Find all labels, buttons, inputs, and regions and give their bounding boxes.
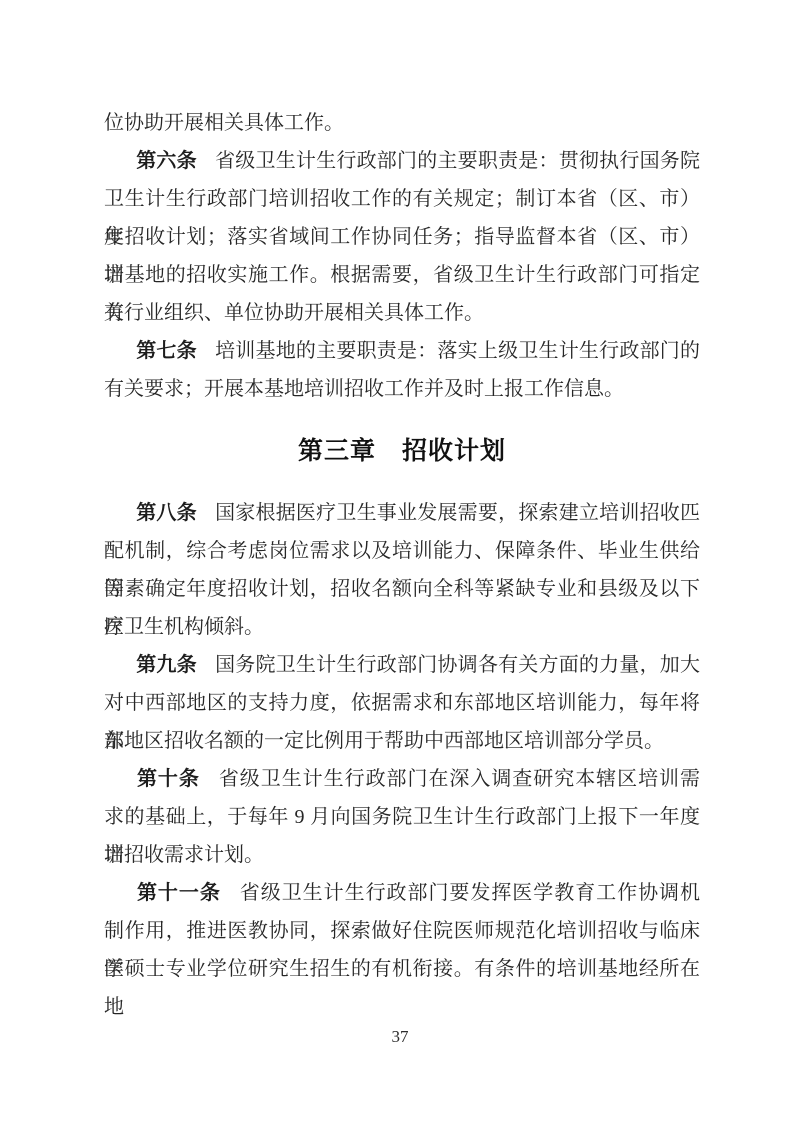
article-9-line: 第九条国务院卫生计生行政部门协调各有关方面的力量，加大 (104, 646, 700, 684)
article-11-line: 第十一条省级卫生计生行政部门要发挥医学教育工作协调机 (104, 874, 700, 912)
document-page: 位协助开展相关具体工作。 第六条省级卫生计生行政部门的主要职责是：贯彻执行国务院… (0, 0, 800, 1129)
article-10-number: 第十条 (136, 768, 200, 790)
article-9-line: 对中西部地区的支持力度，依据需求和东部地区培训能力，每年将东 (104, 684, 700, 722)
chapter-heading: 第三章 招收计划 (104, 431, 700, 471)
number-gap (197, 518, 215, 519)
article-8-line: 因素确定年度招收计划，招收名额向全科等紧缺专业和县级及以下医 (104, 570, 700, 608)
first-line-indent (104, 898, 136, 899)
article-10-line: 第十条省级卫生计生行政部门在深入调查研究本辖区培训需 (104, 760, 700, 798)
article-9-number: 第九条 (136, 654, 197, 676)
body-line: 省级卫生计生行政部门在深入调查研究本辖区培训需 (218, 768, 700, 790)
body-line: 关行业组织、单位协助开展相关具体工作。 (104, 302, 484, 324)
article-6-line: 关行业组织、单位协助开展相关具体工作。 (104, 294, 700, 332)
article-11-line: 制作用，推进医教协同，探索做好住院医师规范化培训招收与临床医 (104, 912, 700, 950)
number-gap (197, 356, 215, 357)
body-line: 位协助开展相关具体工作。 (104, 112, 344, 134)
article-7-number: 第七条 (136, 340, 197, 362)
body-line: 国务院卫生计生行政部门协调各有关方面的力量，加大 (215, 654, 700, 676)
article-8-number: 第八条 (136, 502, 197, 524)
article-8-line: 疗卫生机构倾斜。 (104, 608, 700, 646)
first-line-indent (104, 784, 136, 785)
article-10-line: 训招收需求计划。 (104, 836, 700, 874)
first-line-indent (104, 518, 136, 519)
body-line: 部地区招收名额的一定比例用于帮助中西部地区培训部分学员。 (104, 730, 664, 752)
first-line-indent (104, 670, 136, 671)
continuation-line: 位协助开展相关具体工作。 (104, 104, 700, 142)
first-line-indent (104, 166, 136, 167)
first-line-indent (104, 356, 136, 357)
article-6-line: 度招收计划；落实省域间工作协同任务；指导监督本省（区、市）培 (104, 218, 700, 256)
article-8-line: 配机制，综合考虑岗位需求以及培训能力、保障条件、毕业生供给等 (104, 532, 700, 570)
article-7-line: 有关要求；开展本基地培训招收工作并及时上报工作信息。 (104, 370, 700, 408)
body-line: 学硕士专业学位研究生招生的有机衔接。有条件的培训基地经所在地 (104, 958, 700, 1018)
body-line: 有关要求；开展本基地培训招收工作并及时上报工作信息。 (104, 378, 624, 400)
body-line: 国家根据医疗卫生事业发展需要，探索建立培训招收匹 (215, 502, 700, 524)
article-7-line: 第七条培训基地的主要职责是：落实上级卫生计生行政部门的 (104, 332, 700, 370)
number-gap (200, 784, 218, 785)
article-6-line: 训基地的招收实施工作。根据需要，省级卫生计生行政部门可指定有 (104, 256, 700, 294)
article-6-line: 卫生计生行政部门培训招收工作的有关规定；制订本省（区、市）年 (104, 180, 700, 218)
article-8-line: 第八条国家根据医疗卫生事业发展需要，探索建立培训招收匹 (104, 494, 700, 532)
article-11-number: 第十一条 (136, 882, 221, 904)
body-line: 省级卫生计生行政部门要发挥医学教育工作协调机 (239, 882, 700, 904)
article-9-line: 部地区招收名额的一定比例用于帮助中西部地区培训部分学员。 (104, 722, 700, 760)
article-6-number: 第六条 (136, 150, 197, 172)
document-body: 位协助开展相关具体工作。 第六条省级卫生计生行政部门的主要职责是：贯彻执行国务院… (104, 104, 700, 988)
number-gap (197, 166, 215, 167)
article-10-line: 求的基础上，于每年 9 月向国务院卫生计生行政部门上报下一年度培 (104, 798, 700, 836)
number-gap (221, 898, 239, 899)
page-number: 37 (0, 1027, 800, 1047)
number-gap (197, 670, 215, 671)
article-6-line: 第六条省级卫生计生行政部门的主要职责是：贯彻执行国务院 (104, 142, 700, 180)
body-line: 培训基地的主要职责是：落实上级卫生计生行政部门的 (215, 340, 700, 362)
body-line: 疗卫生机构倾斜。 (104, 616, 264, 638)
body-line: 省级卫生计生行政部门的主要职责是：贯彻执行国务院 (215, 150, 700, 172)
body-line: 训招收需求计划。 (104, 844, 264, 866)
article-11-line: 学硕士专业学位研究生招生的有机衔接。有条件的培训基地经所在地 (104, 950, 700, 988)
